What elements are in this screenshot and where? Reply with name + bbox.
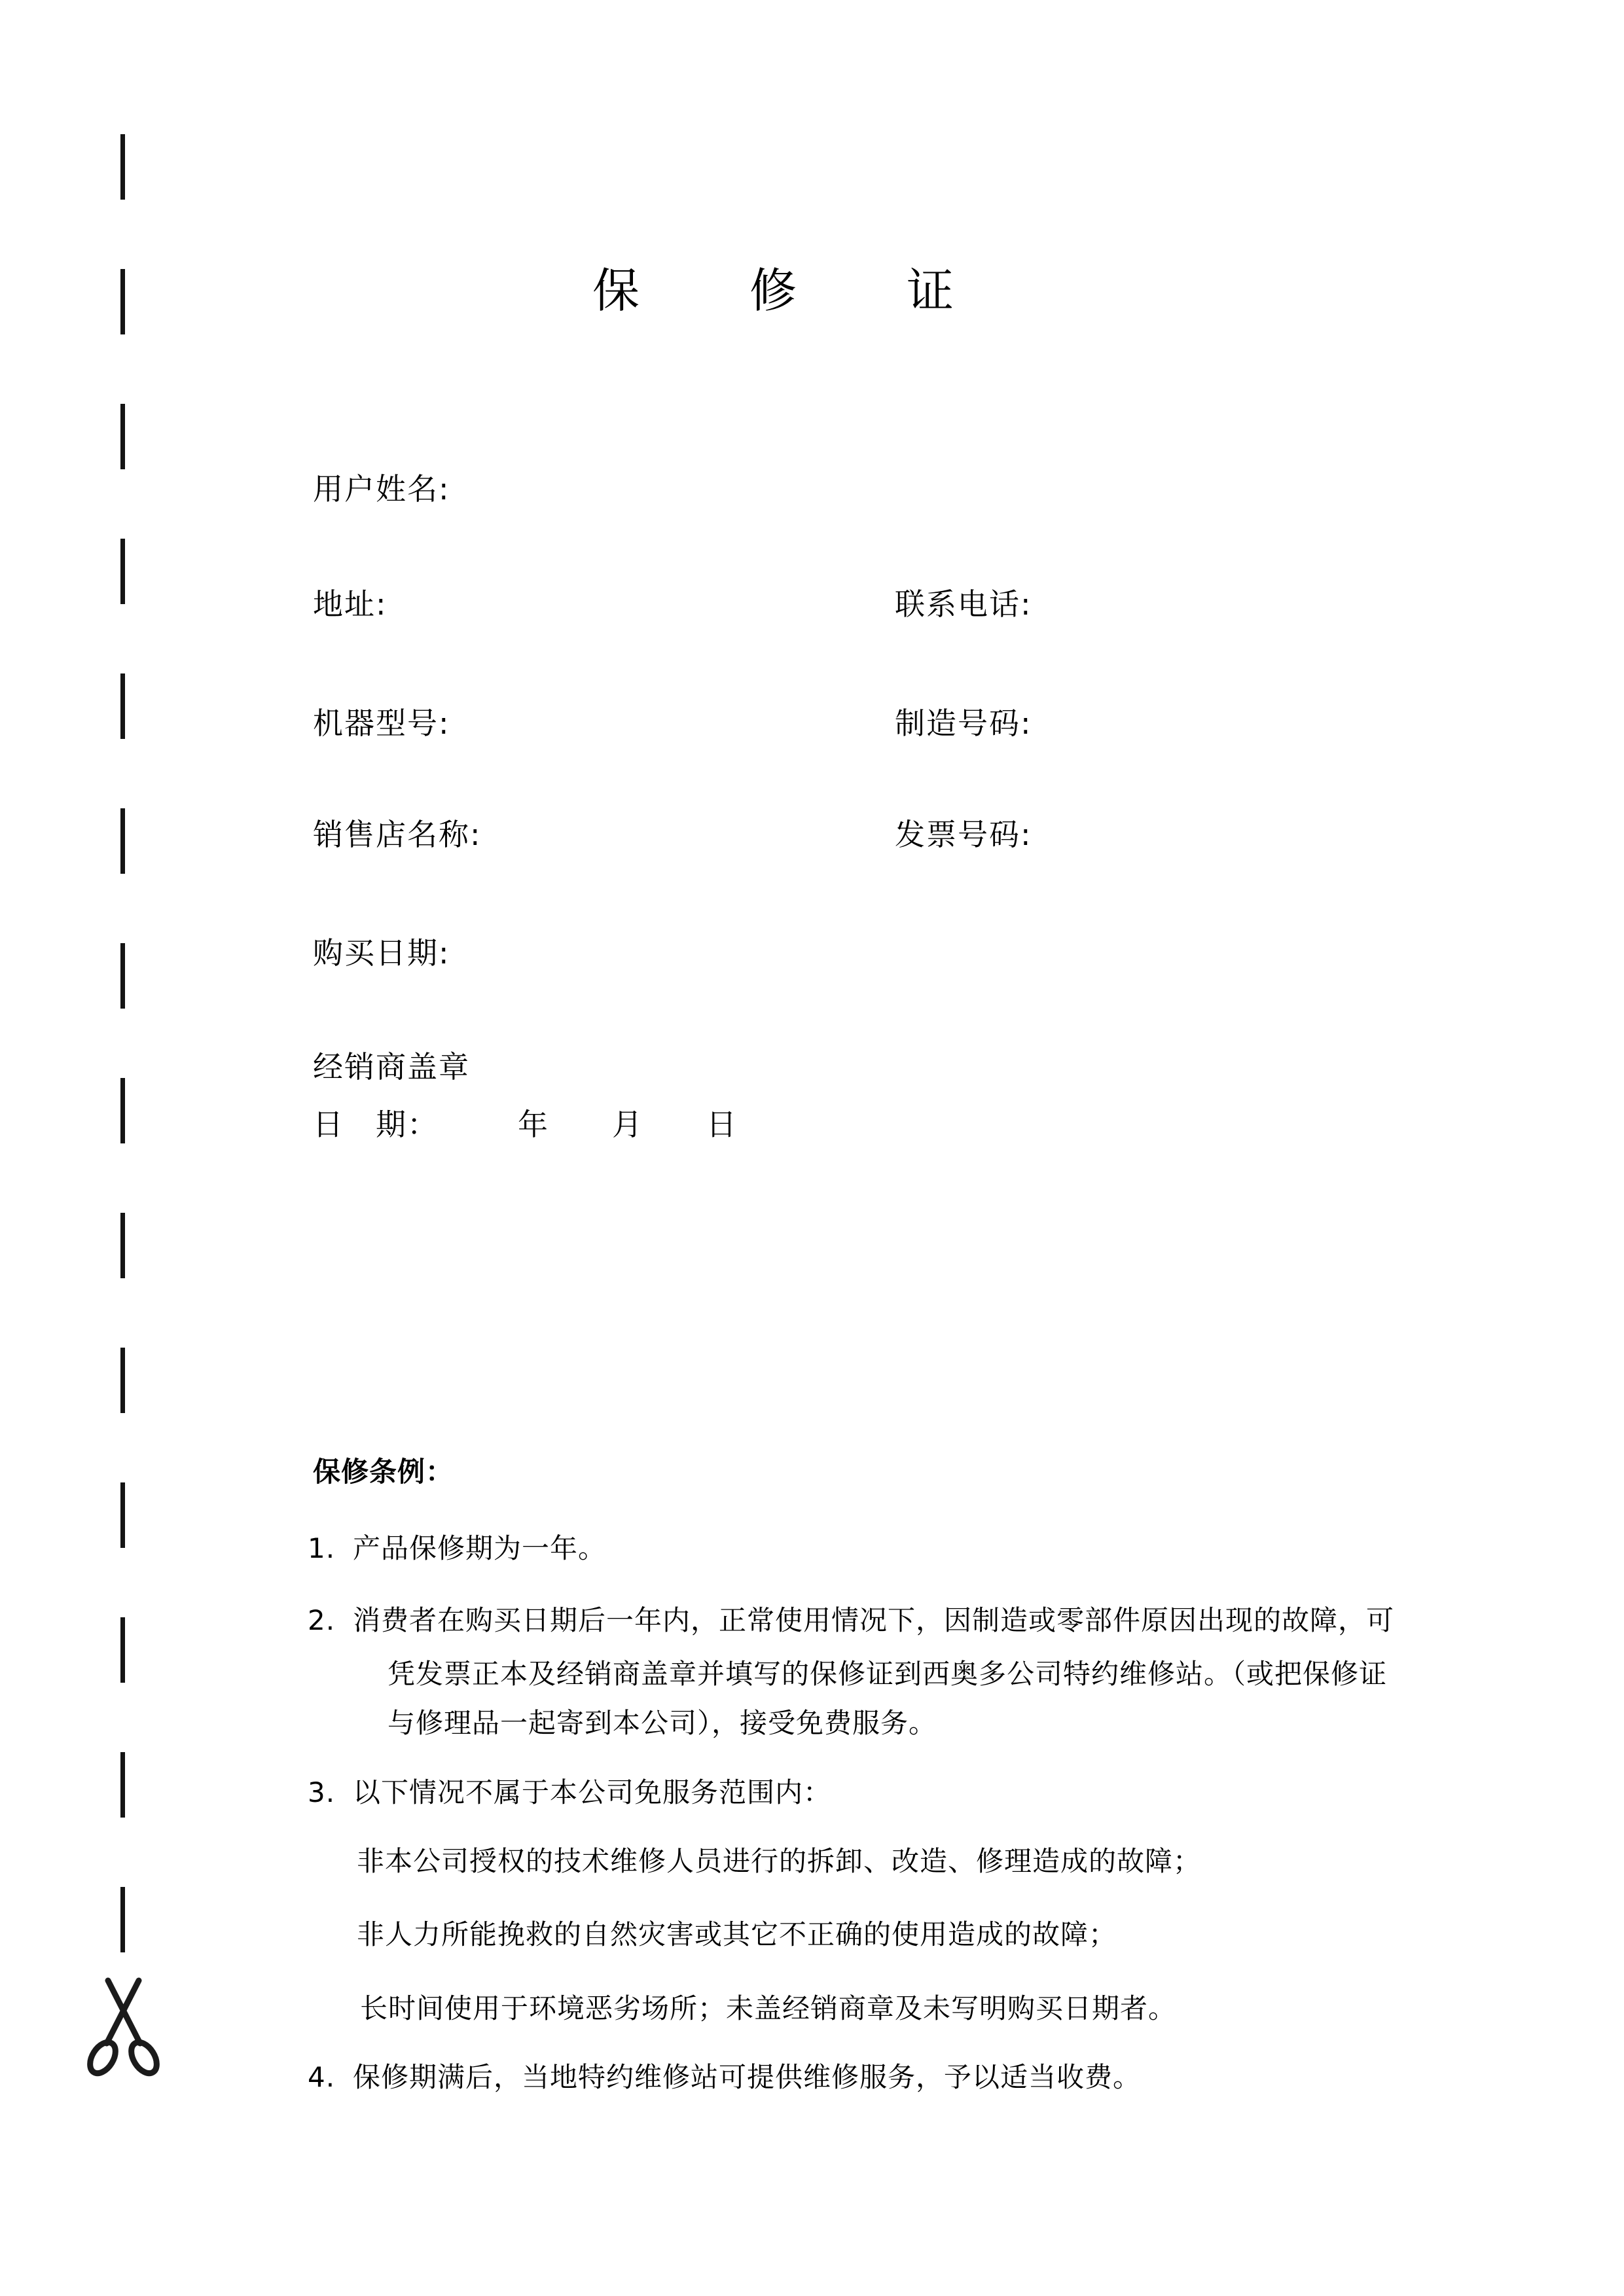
date-year-month-day-line: 日 期： 年 月 日 bbox=[313, 1109, 738, 1139]
terms-heading: 保修条例： bbox=[313, 1458, 454, 1486]
term-3-subitem-1: 非本公司授权的技术维修人员进行的拆卸、改造、修理造成的故障； bbox=[357, 1848, 1201, 1875]
term-2-line-2: 凭发票正本及经销商盖章并填写的保修证到西奥多公司特约维修站。（或把保修证 bbox=[388, 1660, 1387, 1688]
term-3-text: 以下情况不属于本公司免服务范围内： bbox=[353, 1779, 831, 1806]
term-2-number: 2. bbox=[308, 1607, 335, 1634]
warranty-card-page: 保修证 用户姓名: 地址: 联系电话: 机器型号: 制造号码: 销售店名称: 发… bbox=[0, 0, 1624, 2296]
term-4-number: 4. bbox=[308, 2064, 335, 2091]
serial-number-label: 制造号码: bbox=[895, 708, 1032, 738]
scissors-icon bbox=[86, 1977, 160, 2080]
term-1-number: 1. bbox=[308, 1535, 335, 1562]
page-title: 保修证 bbox=[592, 267, 1064, 314]
term-1-text: 产品保修期为一年。 bbox=[353, 1535, 606, 1562]
cut-dashed-line bbox=[120, 134, 125, 1960]
machine-model-label: 机器型号: bbox=[313, 708, 450, 738]
term-2-line-3: 与修理品一起寄到本公司），接受免费服务。 bbox=[388, 1710, 937, 1737]
invoice-number-label: 发票号码: bbox=[895, 819, 1032, 850]
term-4-text: 保修期满后，当地特约维修站可提供维修服务，予以适当收费。 bbox=[353, 2064, 1141, 2091]
phone-label: 联系电话: bbox=[895, 589, 1032, 619]
term-2-line-1: 消费者在购买日期后一年内，正常使用情况下，因制造或零部件原因出现的故障，可 bbox=[353, 1607, 1394, 1634]
term-3-number: 3. bbox=[308, 1779, 335, 1806]
user-name-label: 用户姓名: bbox=[313, 474, 450, 504]
term-3-subitem-3: 长时间使用于环境恶劣场所；未盖经销商章及未写明购买日期者。 bbox=[360, 1995, 1176, 2022]
address-label: 地址: bbox=[313, 589, 388, 619]
store-name-label: 销售店名称: bbox=[313, 819, 482, 850]
dealer-stamp-label: 经销商盖章 bbox=[313, 1052, 470, 1082]
term-3-subitem-2: 非人力所能挽救的自然灾害或其它不正确的使用造成的故障； bbox=[357, 1921, 1117, 1948]
purchase-date-label: 购买日期: bbox=[313, 938, 450, 968]
